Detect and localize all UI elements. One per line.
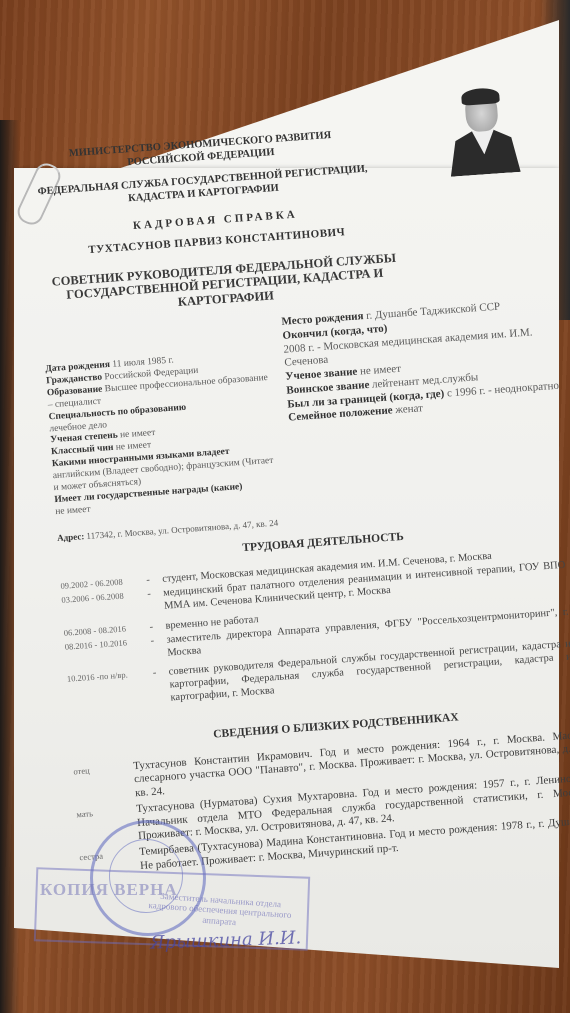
personal-info-left: Дата рождения 11 июля 1985 г. Гражданств…	[45, 349, 280, 519]
personal-info-right: Место рождения г. Душанбе Таджикской ССР…	[281, 296, 570, 502]
personnel-certificate: Министерство экономического развития Рос…	[30, 113, 570, 880]
person-position: Советник руководителя Федеральной службы…	[39, 250, 411, 319]
portrait-photo	[445, 86, 521, 179]
personal-info: Дата рождения 11 июля 1985 г. Гражданств…	[43, 296, 570, 519]
work-history: 09.2002 - 06.2008-студент, Московская ме…	[60, 545, 570, 712]
